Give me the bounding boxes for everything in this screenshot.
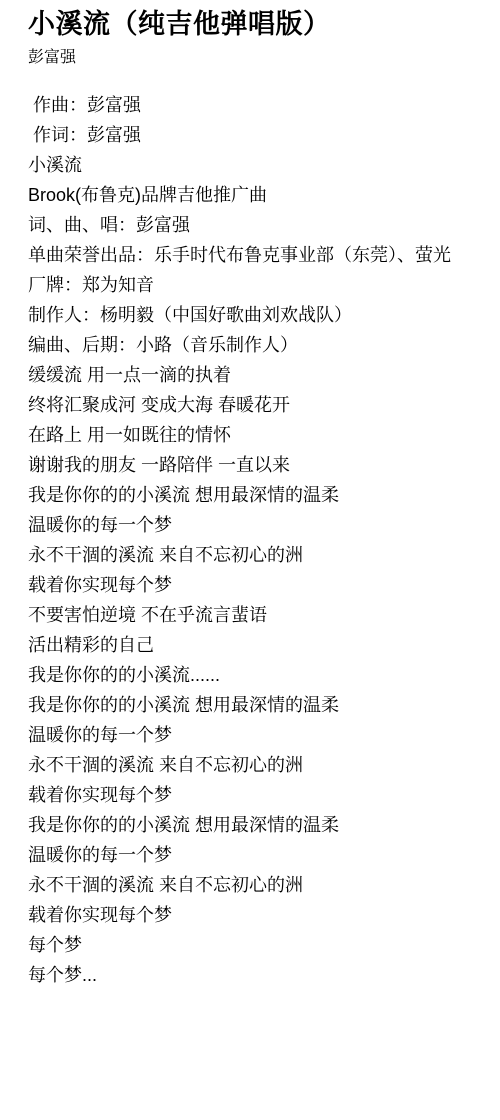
lyric-line: 作曲：彭富强	[28, 90, 500, 120]
lyric-line: 我是你你的的小溪流 想用最深情的温柔	[28, 810, 500, 840]
lyric-line: 每个梦...	[28, 960, 500, 990]
lyrics-page: 小溪流（纯吉他弹唱版） 彭富强 作曲：彭富强 作词：彭富强小溪流Brook(布鲁…	[0, 0, 500, 1120]
lyric-line: 在路上 用一如既往的情怀	[28, 420, 500, 450]
lyric-line: 小溪流	[28, 150, 500, 180]
lyrics-lines: 作曲：彭富强 作词：彭富强小溪流Brook(布鲁克)品牌吉他推广曲词、曲、唱：彭…	[28, 90, 500, 990]
lyric-line: 我是你你的的小溪流 想用最深情的温柔	[28, 690, 500, 720]
lyric-line: 不要害怕逆境 不在乎流言蜚语	[28, 600, 500, 630]
lyric-line: 缓缓流 用一点一滴的执着	[28, 360, 500, 390]
lyric-line: 厂牌：郑为知音	[28, 270, 500, 300]
lyric-line: 温暖你的每一个梦	[28, 720, 500, 750]
lyric-line: 载着你实现每个梦	[28, 780, 500, 810]
lyric-line: 谢谢我的朋友 一路陪伴 一直以来	[28, 450, 500, 480]
lyric-line: 编曲、后期：小路（音乐制作人）	[28, 330, 500, 360]
lyric-line: 载着你实现每个梦	[28, 900, 500, 930]
lyric-line: 载着你实现每个梦	[28, 570, 500, 600]
lyric-line: 词、曲、唱：彭富强	[28, 210, 500, 240]
lyric-line: 活出精彩的自己	[28, 630, 500, 660]
song-artist: 彭富强	[28, 47, 500, 69]
lyric-line: 温暖你的每一个梦	[28, 840, 500, 870]
lyric-line: 单曲荣誉出品：乐手时代布鲁克事业部（东莞）、萤光	[28, 240, 500, 270]
lyric-line: 温暖你的每一个梦	[28, 510, 500, 540]
lyric-line: 我是你你的的小溪流 想用最深情的温柔	[28, 480, 500, 510]
song-title: 小溪流（纯吉他弹唱版）	[28, 6, 500, 43]
lyric-line: 永不干涸的溪流 来自不忘初心的洲	[28, 750, 500, 780]
lyric-line: 每个梦	[28, 930, 500, 960]
lyric-line: 永不干涸的溪流 来自不忘初心的洲	[28, 870, 500, 900]
lyric-line: 终将汇聚成河 变成大海 春暖花开	[28, 390, 500, 420]
lyric-line: 我是你你的的小溪流......	[28, 660, 500, 690]
lyric-line: 作词：彭富强	[28, 120, 500, 150]
lyric-line: 永不干涸的溪流 来自不忘初心的洲	[28, 540, 500, 570]
lyric-line: 制作人：杨明毅（中国好歌曲刘欢战队）	[28, 300, 500, 330]
lyric-line: Brook(布鲁克)品牌吉他推广曲	[28, 180, 500, 210]
